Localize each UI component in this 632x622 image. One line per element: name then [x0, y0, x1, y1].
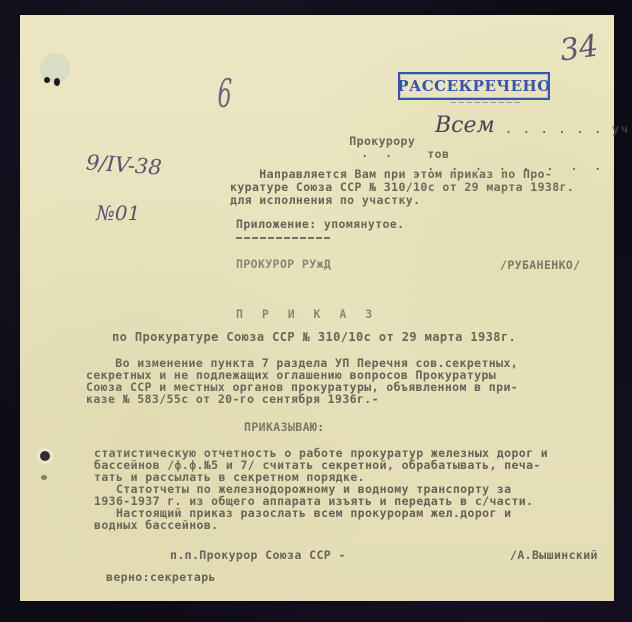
- addressee-dots: . .: [349, 146, 397, 160]
- addressee-suffix: . . . . . . уч.: [505, 123, 632, 135]
- stamp-text: РАССЕКРЕЧЕНО: [397, 77, 551, 95]
- declassified-stamp: РАССЕКРЕЧЕНО: [398, 72, 550, 100]
- cover-letter-line: для исполнения по участку.: [230, 194, 420, 206]
- body-line: водных бассейнов.: [94, 519, 219, 531]
- signature-name: /А.Вышинский: [510, 549, 598, 561]
- registration-number-handwritten: №01: [96, 201, 140, 225]
- addressee-handwritten: Всем: [435, 113, 495, 138]
- attachment-note: Приложение: упомянутое.: [236, 218, 404, 230]
- attachment-underline: [236, 237, 332, 239]
- ink-blot: [54, 78, 60, 86]
- punch-hole-mark: [41, 475, 47, 480]
- certification-note: верно:секретарь: [106, 571, 216, 583]
- order-subtitle: по Прокуратуре Союза ССР № 310/10с от 29…: [112, 331, 516, 343]
- sheet-mark-handwritten: 6: [217, 70, 233, 118]
- order-heading: П Р И К А З: [236, 308, 378, 320]
- stamp-underline: [450, 102, 520, 103]
- signature-title: п.п.Прокурор Союза ССР -: [170, 549, 346, 561]
- ink-blot: [44, 77, 50, 83]
- punch-hole-mark: [40, 451, 50, 461]
- sender-title: ПРОКУРОР РУжД: [236, 258, 331, 270]
- sender-name: /РУБАНЕНКО/: [500, 259, 581, 271]
- cover-letter-line: куратуре Союза ССР № 310/10с от 29 марта…: [230, 181, 574, 193]
- date-handwritten: 9/IV-38: [85, 150, 162, 179]
- preamble-line: казе № 583/55с от 20-го сентября 1936г.-: [86, 393, 379, 405]
- cover-letter-line: Направляется Вам при этом приказ по Про-: [230, 168, 552, 180]
- page-number-handwritten: 34: [558, 29, 601, 69]
- document-page: 34 6 РАССЕКРЕЧЕНО Прокурору . . Всем . .…: [20, 15, 614, 601]
- order-verb: ПРИКАЗЫВАЮ:: [244, 421, 325, 433]
